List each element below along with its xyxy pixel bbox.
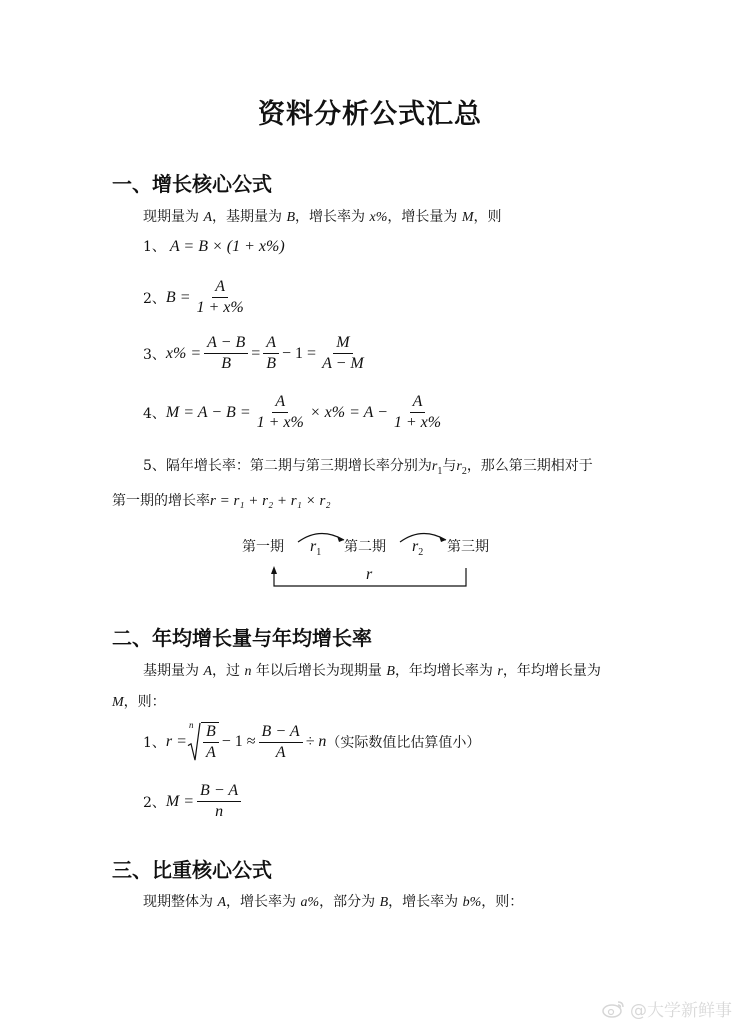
formula-number: 1、 xyxy=(143,239,166,255)
fraction: B − A A xyxy=(259,723,303,762)
fraction-numerator: A xyxy=(410,393,426,413)
intro-text: ，增长率为 xyxy=(226,894,300,910)
fraction-denominator: A xyxy=(273,743,289,762)
var-m: M xyxy=(112,695,124,710)
formula-mid: × x% = A − xyxy=(310,404,388,422)
intro-text: 基期量为 xyxy=(143,663,203,679)
radical-sign-icon xyxy=(187,722,201,762)
section-2-intro-line-2: M，则： xyxy=(112,691,166,711)
intro-text: ，增长率为 xyxy=(295,209,369,225)
var-a: A xyxy=(203,664,212,679)
formula-lhs: B = xyxy=(166,289,191,307)
fraction-numerator: A − B xyxy=(204,334,248,354)
formula-5-text: 与 xyxy=(442,458,456,474)
arc-2-label: r2 xyxy=(412,538,423,558)
formula-1: 1、 A = B × (1 + x%) xyxy=(143,236,285,256)
equals-sign: = xyxy=(251,345,260,363)
formula-mid: − 1 = xyxy=(282,345,316,363)
fraction-denominator: 1 + x% xyxy=(254,413,307,432)
var-a-pct: a% xyxy=(300,895,319,910)
var-m: M xyxy=(462,210,474,225)
weibo-icon xyxy=(602,999,626,1019)
fraction-denominator: 1 + x% xyxy=(194,298,247,317)
formula-number: 3、 xyxy=(143,344,166,364)
formula-2: 2、 B = A 1 + x% xyxy=(143,278,250,317)
fraction-denominator: B xyxy=(218,354,234,373)
fraction: A B xyxy=(263,334,279,373)
fraction: A 1 + x% xyxy=(254,393,307,432)
fraction: A − B B xyxy=(204,334,248,373)
fraction: A 1 + x% xyxy=(194,278,247,317)
section-2-intro-line-1: 基期量为 A，过 n 年以后增长为现期量 B，年均增长率为 r，年均增长量为 xyxy=(143,660,601,680)
formula-5-text: 5、隔年增长率：第二期与第三期增长率分别为 xyxy=(143,458,432,474)
intro-text: ，增长率为 xyxy=(388,894,462,910)
formula-2-2: 2、 M = B − A n xyxy=(143,782,244,821)
fraction-denominator: B xyxy=(263,354,279,373)
intro-text: ，则： xyxy=(481,894,523,910)
formula-5-text: ，那么第三期相对于 xyxy=(467,458,593,474)
fraction-denominator: A − M xyxy=(319,354,367,373)
fraction: M A − M xyxy=(319,334,367,373)
nth-root: n B A xyxy=(187,722,222,762)
intro-text: ，部分为 xyxy=(319,894,379,910)
formula-note: （实际数值比估算值小） xyxy=(326,732,480,752)
section-1-intro: 现期量为 A，基期量为 B，增长率为 x%，增长量为 M，则 xyxy=(143,206,502,226)
intro-text: 现期量为 xyxy=(143,209,203,225)
fraction: B A xyxy=(201,722,219,762)
intro-text: ，过 xyxy=(212,663,244,679)
formula-5-line-2: 第一期的增长率r = r₁ + r₂ + r₁ × r₂ xyxy=(112,490,331,510)
period-2-label: 第二期 xyxy=(344,536,386,556)
span-label: r xyxy=(366,566,372,584)
formula-5-expression: r = r₁ + r₂ + r₁ × r₂ xyxy=(210,493,331,509)
fraction-numerator: B − A xyxy=(259,723,303,743)
formula-lhs: M = A − B = xyxy=(166,404,251,422)
intro-text: ，则 xyxy=(474,209,502,225)
fraction: A 1 + x% xyxy=(391,393,444,432)
arc-1-label: r1 xyxy=(310,538,321,558)
formula-5-line-1: 5、隔年增长率：第二期与第三期增长率分别为r1与r2，那么第三期相对于 xyxy=(143,455,593,477)
watermark: @大学新鲜事 xyxy=(602,996,732,1021)
formula-5-text: 第一期的增长率 xyxy=(112,493,210,509)
intro-text: 年以后增长为现期量 xyxy=(251,663,386,679)
intro-text: ，年均增长率为 xyxy=(395,663,497,679)
var-a: A xyxy=(217,895,226,910)
formula-number: 2、 xyxy=(143,288,166,308)
fraction-denominator: 1 + x% xyxy=(391,413,444,432)
var-b-pct: b% xyxy=(463,895,482,910)
formula-lhs: r = xyxy=(166,733,187,751)
subscript: 1 xyxy=(316,547,321,558)
var-x: x% xyxy=(369,210,387,225)
intro-text: 现期整体为 xyxy=(143,894,217,910)
fraction-denominator: n xyxy=(212,802,226,821)
intro-text: ，年均增长量为 xyxy=(503,663,601,679)
fraction-numerator: A xyxy=(272,393,288,413)
var-a: A xyxy=(203,210,212,225)
section-3-intro: 现期整体为 A，增长率为 a%，部分为 B，增长率为 b%，则： xyxy=(143,891,523,911)
formula-3: 3、 x% = A − B B = A B − 1 = M A − M xyxy=(143,334,370,373)
formula-number: 2、 xyxy=(143,792,166,812)
section-3-heading: 三、比重核心公式 xyxy=(112,854,272,883)
formula-number: 1、 xyxy=(143,732,166,752)
fraction-numerator: B − A xyxy=(197,782,241,802)
fraction-numerator: A xyxy=(212,278,228,298)
formula-expression: A = B × (1 + x%) xyxy=(170,238,285,255)
formula-4: 4、 M = A − B = A 1 + x% × x% = A − A 1 +… xyxy=(143,393,447,432)
formula-mid: − 1 ≈ xyxy=(222,733,256,751)
formula-lhs: x% = xyxy=(166,345,201,363)
formula-lhs: M = xyxy=(166,793,194,811)
section-1-heading: 一、增长核心公式 xyxy=(112,168,272,197)
fraction-denominator: A xyxy=(203,743,219,762)
subscript: 2 xyxy=(418,547,423,558)
document-title: 资料分析公式汇总 xyxy=(0,92,740,131)
intro-text: ，基期量为 xyxy=(212,209,286,225)
period-3-label: 第三期 xyxy=(447,536,489,556)
var-b: B xyxy=(286,210,295,225)
fraction-numerator: B xyxy=(203,723,219,743)
formula-number: 4、 xyxy=(143,403,166,423)
intro-text: ，则： xyxy=(124,694,166,710)
fraction: B − A n xyxy=(197,782,241,821)
period-1-label: 第一期 xyxy=(242,536,284,556)
intro-text: ，增长量为 xyxy=(387,209,461,225)
var-b: B xyxy=(386,664,395,679)
fraction-numerator: A xyxy=(263,334,279,354)
section-2-heading: 二、年均增长量与年均增长率 xyxy=(112,622,372,651)
formula-tail: ÷ n xyxy=(306,733,327,751)
formula-2-1: 1、 r = n B A − 1 ≈ B − A A ÷ n （实际数值比估算值… xyxy=(143,722,480,762)
watermark-text: @大学新鲜事 xyxy=(630,996,732,1021)
var-b: B xyxy=(380,895,389,910)
fraction-numerator: M xyxy=(333,334,352,354)
growth-period-diagram: 第一期 r1 第二期 r2 第三期 r xyxy=(240,528,500,592)
